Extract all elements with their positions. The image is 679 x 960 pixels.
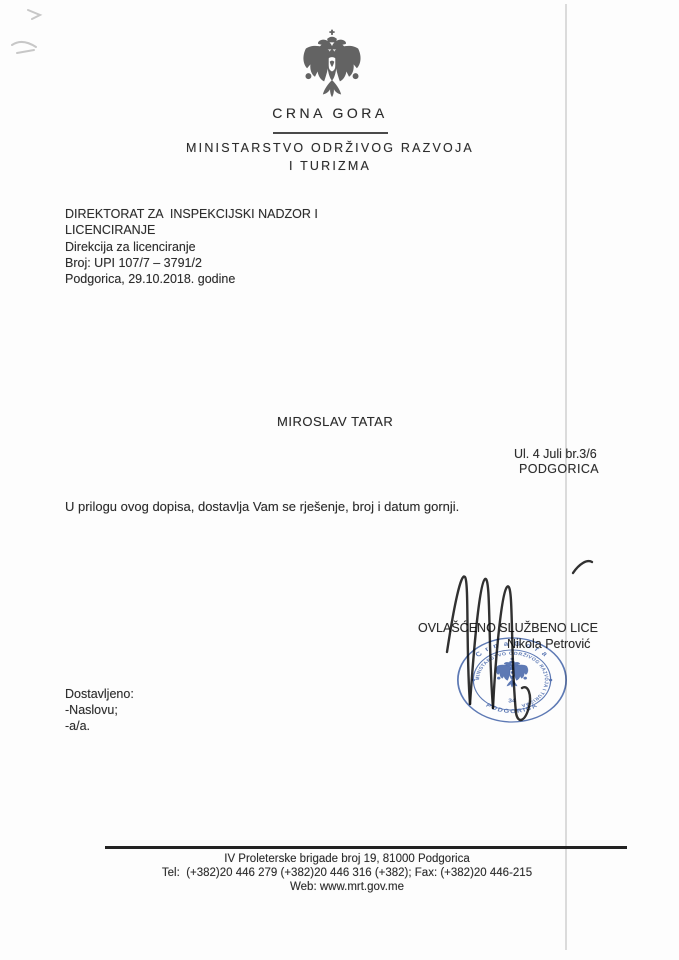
footer-address: IV Proleterske brigade broj 19, 81000 Po…: [40, 852, 654, 866]
sender-meta-block: DIREKTORAT ZA INSPEKCIJSKI NADZOR I LICE…: [65, 206, 395, 287]
body-paragraph: U prilogu ovog dopisa, dostavlja Vam se …: [65, 499, 535, 514]
footer-block: IV Proleterske brigade broj 19, 81000 Po…: [40, 852, 654, 894]
handwritten-signature: [398, 552, 608, 722]
scanned-letter-page: CRNA GORA MINISTARSTVO ODRŽIVOG RAZVOJA …: [0, 0, 679, 960]
scan-smudge-marks: [6, 0, 76, 66]
ministry-name-line2: I TURIZMA: [100, 159, 560, 173]
directorate-line1: DIREKTORAT ZA INSPEKCIJSKI NADZOR I: [65, 206, 395, 222]
recipient-name: MIROSLAV TATAR: [277, 414, 393, 429]
place-and-date: Podgorica, 29.10.2018. godine: [65, 271, 395, 287]
distribution-label: Dostavljeno:: [65, 686, 134, 702]
country-title: CRNA GORA: [165, 105, 495, 121]
ministry-name-line1: MINISTARSTVO ODRŽIVOG RAZVOJA: [100, 141, 560, 155]
department: Direkcija za licenciranje: [65, 239, 395, 255]
distribution-block: Dostavljeno: -Naslovu; -a/a.: [65, 686, 134, 734]
reference-number: Broj: UPI 107/7 – 3791/2: [65, 255, 395, 271]
distribution-item: -Naslovu;: [65, 702, 134, 718]
footer-contact: Tel: (+382)20 446 279 (+382)20 446 316 (…: [40, 866, 654, 880]
recipient-city: PODGORICA: [519, 462, 599, 476]
distribution-item: -a/a.: [65, 718, 134, 734]
directorate-line2: LICENCIRANJE: [65, 222, 395, 238]
footer-web: Web: www.mrt.gov.me: [40, 880, 654, 894]
paper-fold-line: [565, 4, 567, 950]
recipient-street: Ul. 4 Juli br.3/6: [514, 447, 597, 461]
footer-divider: [105, 846, 627, 849]
letterhead-divider: [273, 132, 388, 134]
montenegro-coat-of-arms-icon: [296, 29, 368, 101]
